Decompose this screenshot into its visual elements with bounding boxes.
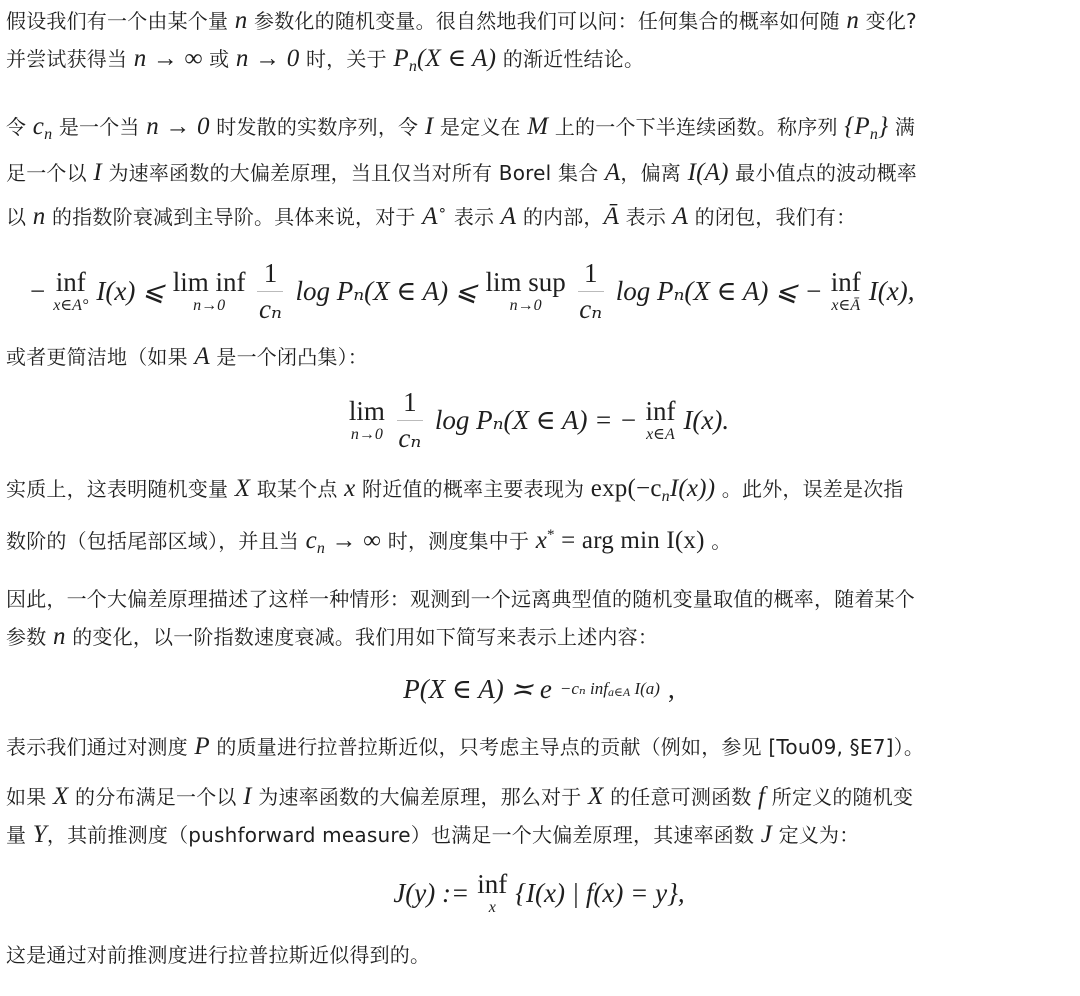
op-label: lim inf (173, 269, 246, 296)
math-n-to-zero: n → 0 (236, 45, 300, 72)
paragraph-laplace: 表示我们通过对测度 P 的质量进行拉普拉斯近似，只考虑主导点的贡献（例如，参见 … (6, 728, 1072, 766)
numerator: 1 (400, 389, 420, 420)
math-exponent: −cₙ infa∈A I(a) (560, 679, 660, 700)
math-interior-sup: ∘ (438, 203, 448, 219)
op-subscript: x∈Ā (831, 298, 860, 314)
math-inf-operator: infx∈A (645, 398, 675, 443)
denominator: cₙ (398, 421, 421, 452)
paragraph-pushforward: 如果 X 的分布满足一个以 I 为速率函数的大偏差原理，那么对于 X 的任意可测… (6, 778, 1072, 854)
text: 。此外，误差是次指 (715, 477, 903, 501)
text: 取某个点 (250, 477, 344, 501)
math-term: log Pₙ(X ∈ A) ⩽ (295, 276, 477, 307)
math-c: c (33, 113, 44, 140)
text: 所定义的随机变 (765, 785, 913, 809)
op-label: lim (349, 398, 385, 425)
exponent-part: I(a) (630, 679, 660, 698)
text: 如果 (6, 785, 53, 809)
text: 因此，一个大偏差原理描述了这样一种情形：观测到一个远离典型值的随机变量取值的概率… (6, 587, 915, 611)
text: ，其前推测度（pushforward measure）也满足一个大偏差原理，其速… (47, 823, 761, 847)
math-A: A (422, 203, 437, 230)
text: 参数化的随机变量。很自然地我们可以问：任何集合的概率如何随 (247, 9, 846, 33)
math-term: log Pₙ(X ∈ A) = − (435, 405, 638, 436)
math-Pn-set: {P (844, 113, 870, 140)
exponent-subscript: a∈A (608, 685, 630, 699)
math-n-to-infinity: n → ∞ (134, 45, 203, 72)
op-label: lim sup (485, 269, 565, 296)
paragraph-intro: 假设我们有一个由某个量 n 参数化的随机变量。很自然地我们可以问：任何集合的概率… (6, 2, 1072, 86)
math-Y: Y (33, 821, 47, 848)
math-M: M (527, 113, 548, 140)
op-subscript: n→0 (351, 427, 383, 443)
op-subscript: n→0 (193, 298, 225, 314)
math-subscript: n (870, 126, 878, 143)
text: 量 (6, 823, 33, 847)
text: 。 (705, 529, 732, 553)
text: 是定义在 (433, 115, 527, 139)
text: 令 (6, 115, 33, 139)
math-n: n (235, 7, 248, 34)
math-n: n (53, 623, 66, 650)
math-subscript: n (662, 488, 670, 505)
op-subscript: x∈A (646, 427, 675, 443)
math-P: P (194, 733, 209, 760)
math-J: J (761, 821, 772, 848)
paragraph-conclusion: 这是通过对前推测度进行拉普拉斯近似得到的。 (6, 936, 1072, 974)
paragraph-closed-convex: 或者更简洁地（如果 A 是一个闭凸集）： (6, 338, 1072, 376)
text: 以 (6, 205, 33, 229)
math-lim-operator: limn→0 (349, 398, 385, 443)
op-label: inf (477, 871, 507, 898)
math-fraction: 1cₙ (397, 389, 423, 452)
text: 这是通过对前推测度进行拉普拉斯近似得到的。 (6, 943, 430, 967)
math-inf-operator: infx∈A° (53, 269, 88, 314)
math-term: I(x) ⩽ (96, 276, 164, 307)
text: 时，关于 (299, 47, 393, 71)
math-subscript: n (317, 540, 325, 557)
text: 时发散的实数序列，令 (210, 115, 425, 139)
text: 的指数阶衰减到主导阶。具体来说，对于 (45, 205, 422, 229)
math-I: I (93, 159, 102, 186)
math-A: A (194, 343, 209, 370)
text: 的渐近性结论。 (496, 47, 644, 71)
math-event: (X ∈ A) (417, 45, 496, 72)
math-term: log Pₙ(X ∈ A) ⩽ − (616, 276, 823, 307)
paragraph-essence: 实质上，这表明随机变量 X 取某个点 x 附近值的概率主要表现为 exp(−cn… (6, 470, 1072, 568)
text: 变化? (859, 9, 917, 33)
math-minus: − (30, 276, 45, 307)
text: 表示 (619, 205, 673, 229)
math-term: P(X ∈ A) ≍ e (403, 674, 552, 705)
equation-ldp-limit: limn→0 1cₙ log Pₙ(X ∈ A) = − infx∈A I(x)… (6, 376, 1072, 464)
math-exp: exp(−c (591, 475, 662, 502)
math-liminf-operator: lim infn→0 (173, 269, 246, 314)
denominator: cₙ (579, 292, 602, 323)
math-term: {I(x) | f(x) = y}, (515, 878, 684, 909)
equation-ldp-bounds: − infx∈A° I(x) ⩽ lim infn→0 1cₙ log Pₙ(X… (6, 248, 1072, 334)
paragraph-definition: 令 cn 是一个当 n → 0 时发散的实数序列，令 I 是定义在 M 上的一个… (6, 108, 1072, 236)
math-A: A (501, 203, 516, 230)
math-A: A (605, 159, 620, 186)
math-to-infinity: → ∞ (325, 527, 381, 554)
math-A: A (673, 203, 688, 230)
text: 并尝试获得当 (6, 47, 134, 71)
text: 足一个以 (6, 161, 93, 185)
math-I-of-A: I(A) (688, 159, 729, 186)
op-label: inf (831, 269, 861, 296)
op-subscript: x∈A° (53, 298, 88, 314)
math-inf-operator: infx (477, 871, 507, 916)
numerator: 1 (581, 260, 601, 291)
document: 假设我们有一个由某个量 n 参数化的随机变量。很自然地我们可以问：任何集合的概率… (0, 0, 1080, 974)
math-subscript: n (409, 58, 417, 75)
math-x: x (344, 475, 355, 502)
text: 参数 (6, 625, 53, 649)
text: 的分布满足一个以 (68, 785, 243, 809)
math-brace: } (878, 113, 888, 140)
math-x: x (536, 527, 547, 554)
math-c: c (306, 527, 317, 554)
text: 的闭包，我们有： (688, 205, 856, 229)
op-subscript: x (489, 900, 496, 916)
text: 或 (203, 47, 236, 71)
text: 最小值点的波动概率 (729, 161, 917, 185)
math-term: J(y) := (393, 878, 469, 909)
text: 定义为： (772, 823, 859, 847)
text: 是一个当 (52, 115, 146, 139)
text: 的内部， (516, 205, 603, 229)
equation-shorthand: P(X ∈ A) ≍ e−cₙ infa∈A I(a), (6, 658, 1072, 720)
text: 的任意可测函数 (604, 785, 759, 809)
math-star: * (547, 527, 555, 543)
math-X: X (53, 783, 68, 810)
text: 是一个闭凸集）： (210, 345, 368, 369)
text: 的变化，以一阶指数速度衰减。我们用如下简写来表示上述内容： (66, 625, 658, 649)
math-inf-operator: infx∈Ā (831, 269, 861, 314)
text: 时，测度集中于 (381, 529, 536, 553)
math-exp-tail: I(x)) (670, 475, 715, 502)
math-fraction: 1cₙ (578, 260, 604, 323)
text: 实质上，这表明随机变量 (6, 477, 235, 501)
denominator: cₙ (259, 292, 282, 323)
text: 的质量进行拉普拉斯近似，只考虑主导点的贡献（例如，参见 [Tou09, §E7]… (210, 735, 924, 759)
op-label: inf (56, 269, 86, 296)
math-A-bar: Ā (604, 203, 619, 230)
math-X: X (235, 475, 250, 502)
text: 附近值的概率主要表现为 (355, 477, 590, 501)
math-n: n (846, 7, 859, 34)
math-fraction: 1cₙ (257, 260, 283, 323)
text: 满 (888, 115, 915, 139)
math-term: I(x), (869, 276, 915, 307)
math-limsup-operator: lim supn→0 (485, 269, 565, 314)
op-subscript: n→0 (510, 298, 542, 314)
numerator: 1 (261, 260, 281, 291)
op-label: inf (645, 398, 675, 425)
text: 数阶的（包括尾部区域），并且当 (6, 529, 306, 553)
exponent-part: −cₙ inf (560, 679, 608, 698)
paragraph-therefore: 因此，一个大偏差原理描述了这样一种情形：观测到一个远离典型值的随机变量取值的概率… (6, 580, 1072, 656)
equation-contraction: J(y) := infx {I(x) | f(x) = y}, (6, 854, 1072, 932)
text: 为速率函数的大偏差原理，那么对于 (252, 785, 588, 809)
text: ，偏离 (620, 161, 687, 185)
math-comma: , (668, 674, 675, 705)
math-n: n (33, 203, 46, 230)
text: 表示我们通过对测度 (6, 735, 194, 759)
math-n-to-zero: n → 0 (146, 113, 210, 140)
text: 或者更简洁地（如果 (6, 345, 194, 369)
math-term: I(x). (683, 405, 729, 436)
math-P: P (393, 45, 408, 72)
text: 上的一个下半连续函数。称序列 (548, 115, 844, 139)
text: 为速率函数的大偏差原理，当且仅当对所有 Borel 集合 (102, 161, 605, 185)
text: 表示 (447, 205, 501, 229)
math-X: X (588, 783, 603, 810)
text: 假设我们有一个由某个量 (6, 9, 235, 33)
math-I: I (243, 783, 252, 810)
math-argmin: = arg min I(x) (555, 527, 705, 554)
